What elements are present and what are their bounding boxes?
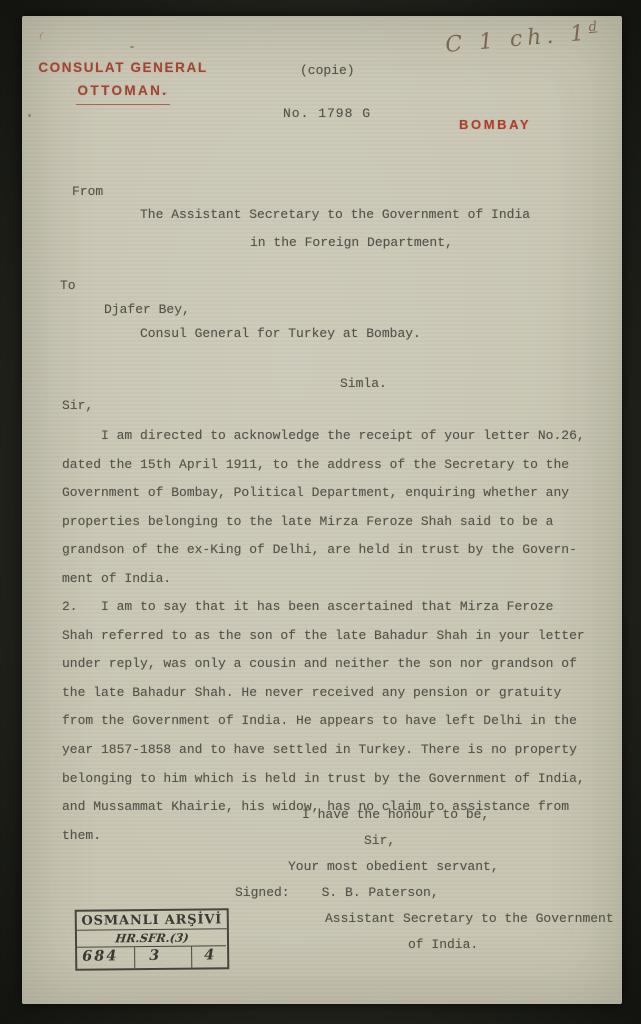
closing-honour-line: I have the honour to be, — [302, 807, 489, 823]
body-line: Government of Bombay, Political Departme… — [62, 479, 585, 508]
archive-stamp: OSMANLI ARŞİVİ HR.SFR.(3) 684 3 4 — [75, 908, 230, 971]
signature-name: S. B. Paterson, — [322, 885, 439, 900]
to-line1: Djafer Bey, — [104, 302, 190, 318]
stamp-cell-fihrist: 4 — [191, 946, 227, 967]
reference-number: No. 1798 G — [283, 106, 371, 122]
letterhead-line2: OTTOMAN. — [28, 83, 218, 99]
scanned-letter-screenshot: { "colors":{ "mat":"#22241c", "paper":"#… — [0, 0, 641, 1024]
place-line: Simla. — [340, 376, 387, 392]
to-line2: Consul General for Turkey at Bombay. — [140, 326, 421, 342]
body-line: under reply, was only a cousin and neith… — [62, 650, 585, 679]
ink-speck — [28, 114, 31, 117]
to-label: To — [60, 278, 76, 294]
annotation-text: C 1 ch. 1 — [444, 21, 590, 58]
salutation: Sir, — [62, 398, 93, 414]
body-line: ment of India. — [62, 565, 585, 594]
body-line: the late Bahadur Shah. He never received… — [62, 679, 585, 708]
closing-servant-line: Your most obedient servant, — [288, 859, 499, 875]
letter-body: I am directed to acknowledge the receipt… — [62, 422, 585, 850]
closing-sir-line: Sir, — [364, 833, 395, 849]
body-line: dated the 15th April 1911, to the addres… — [62, 451, 585, 480]
body-line: them. — [62, 822, 585, 851]
signature-line: Signed:S. B. Paterson, — [235, 885, 439, 901]
body-line: 2. I am to say that it has been ascertai… — [62, 593, 585, 622]
letterhead: CONSULAT GENERAL OTTOMAN. — [28, 60, 218, 105]
from-line1: The Assistant Secretary to the Governmen… — [140, 207, 530, 223]
signatory-title-line2: of India. — [408, 937, 478, 953]
stamp-number-row: 684 3 4 — [77, 946, 227, 969]
location-stamp: BOMBAY — [459, 117, 531, 132]
from-label: From — [72, 184, 103, 200]
annotation-superscript: d — [588, 19, 598, 35]
signatory-title-line1: Assistant Secretary to the Government — [325, 911, 614, 927]
body-line: I am directed to acknowledge the receipt… — [62, 422, 585, 451]
copy-label: (copie) — [300, 63, 355, 79]
red-pencil-mark — [39, 31, 47, 40]
body-line: grandson of the ex-King of Delhi, are he… — [62, 536, 585, 565]
handwritten-annotation: C 1 ch. 1d — [444, 15, 641, 58]
signed-label: Signed: — [235, 885, 290, 900]
body-line: belonging to him which is held in trust … — [62, 765, 585, 794]
body-line: year 1857-1858 and to have settled in Tu… — [62, 736, 585, 765]
stamp-cell-dosya: 684 — [77, 947, 134, 969]
letter-page: CONSULAT GENERAL OTTOMAN. (copie) No. 17… — [22, 16, 622, 1004]
stamp-classification: HR.SFR.(3) — [76, 929, 228, 948]
from-line2: in the Foreign Department, — [250, 235, 453, 251]
stamp-title: OSMANLI ARŞİVİ — [77, 910, 227, 931]
letterhead-rule — [76, 104, 170, 105]
paper-crease — [130, 46, 134, 48]
letterhead-line1: CONSULAT GENERAL — [28, 60, 218, 76]
body-line: from the Government of India. He appears… — [62, 707, 585, 736]
body-line: Shah referred to as the son of the late … — [62, 622, 585, 651]
stamp-cell-gomlek: 3 — [134, 947, 191, 969]
body-line: properties belonging to the late Mirza F… — [62, 508, 585, 537]
